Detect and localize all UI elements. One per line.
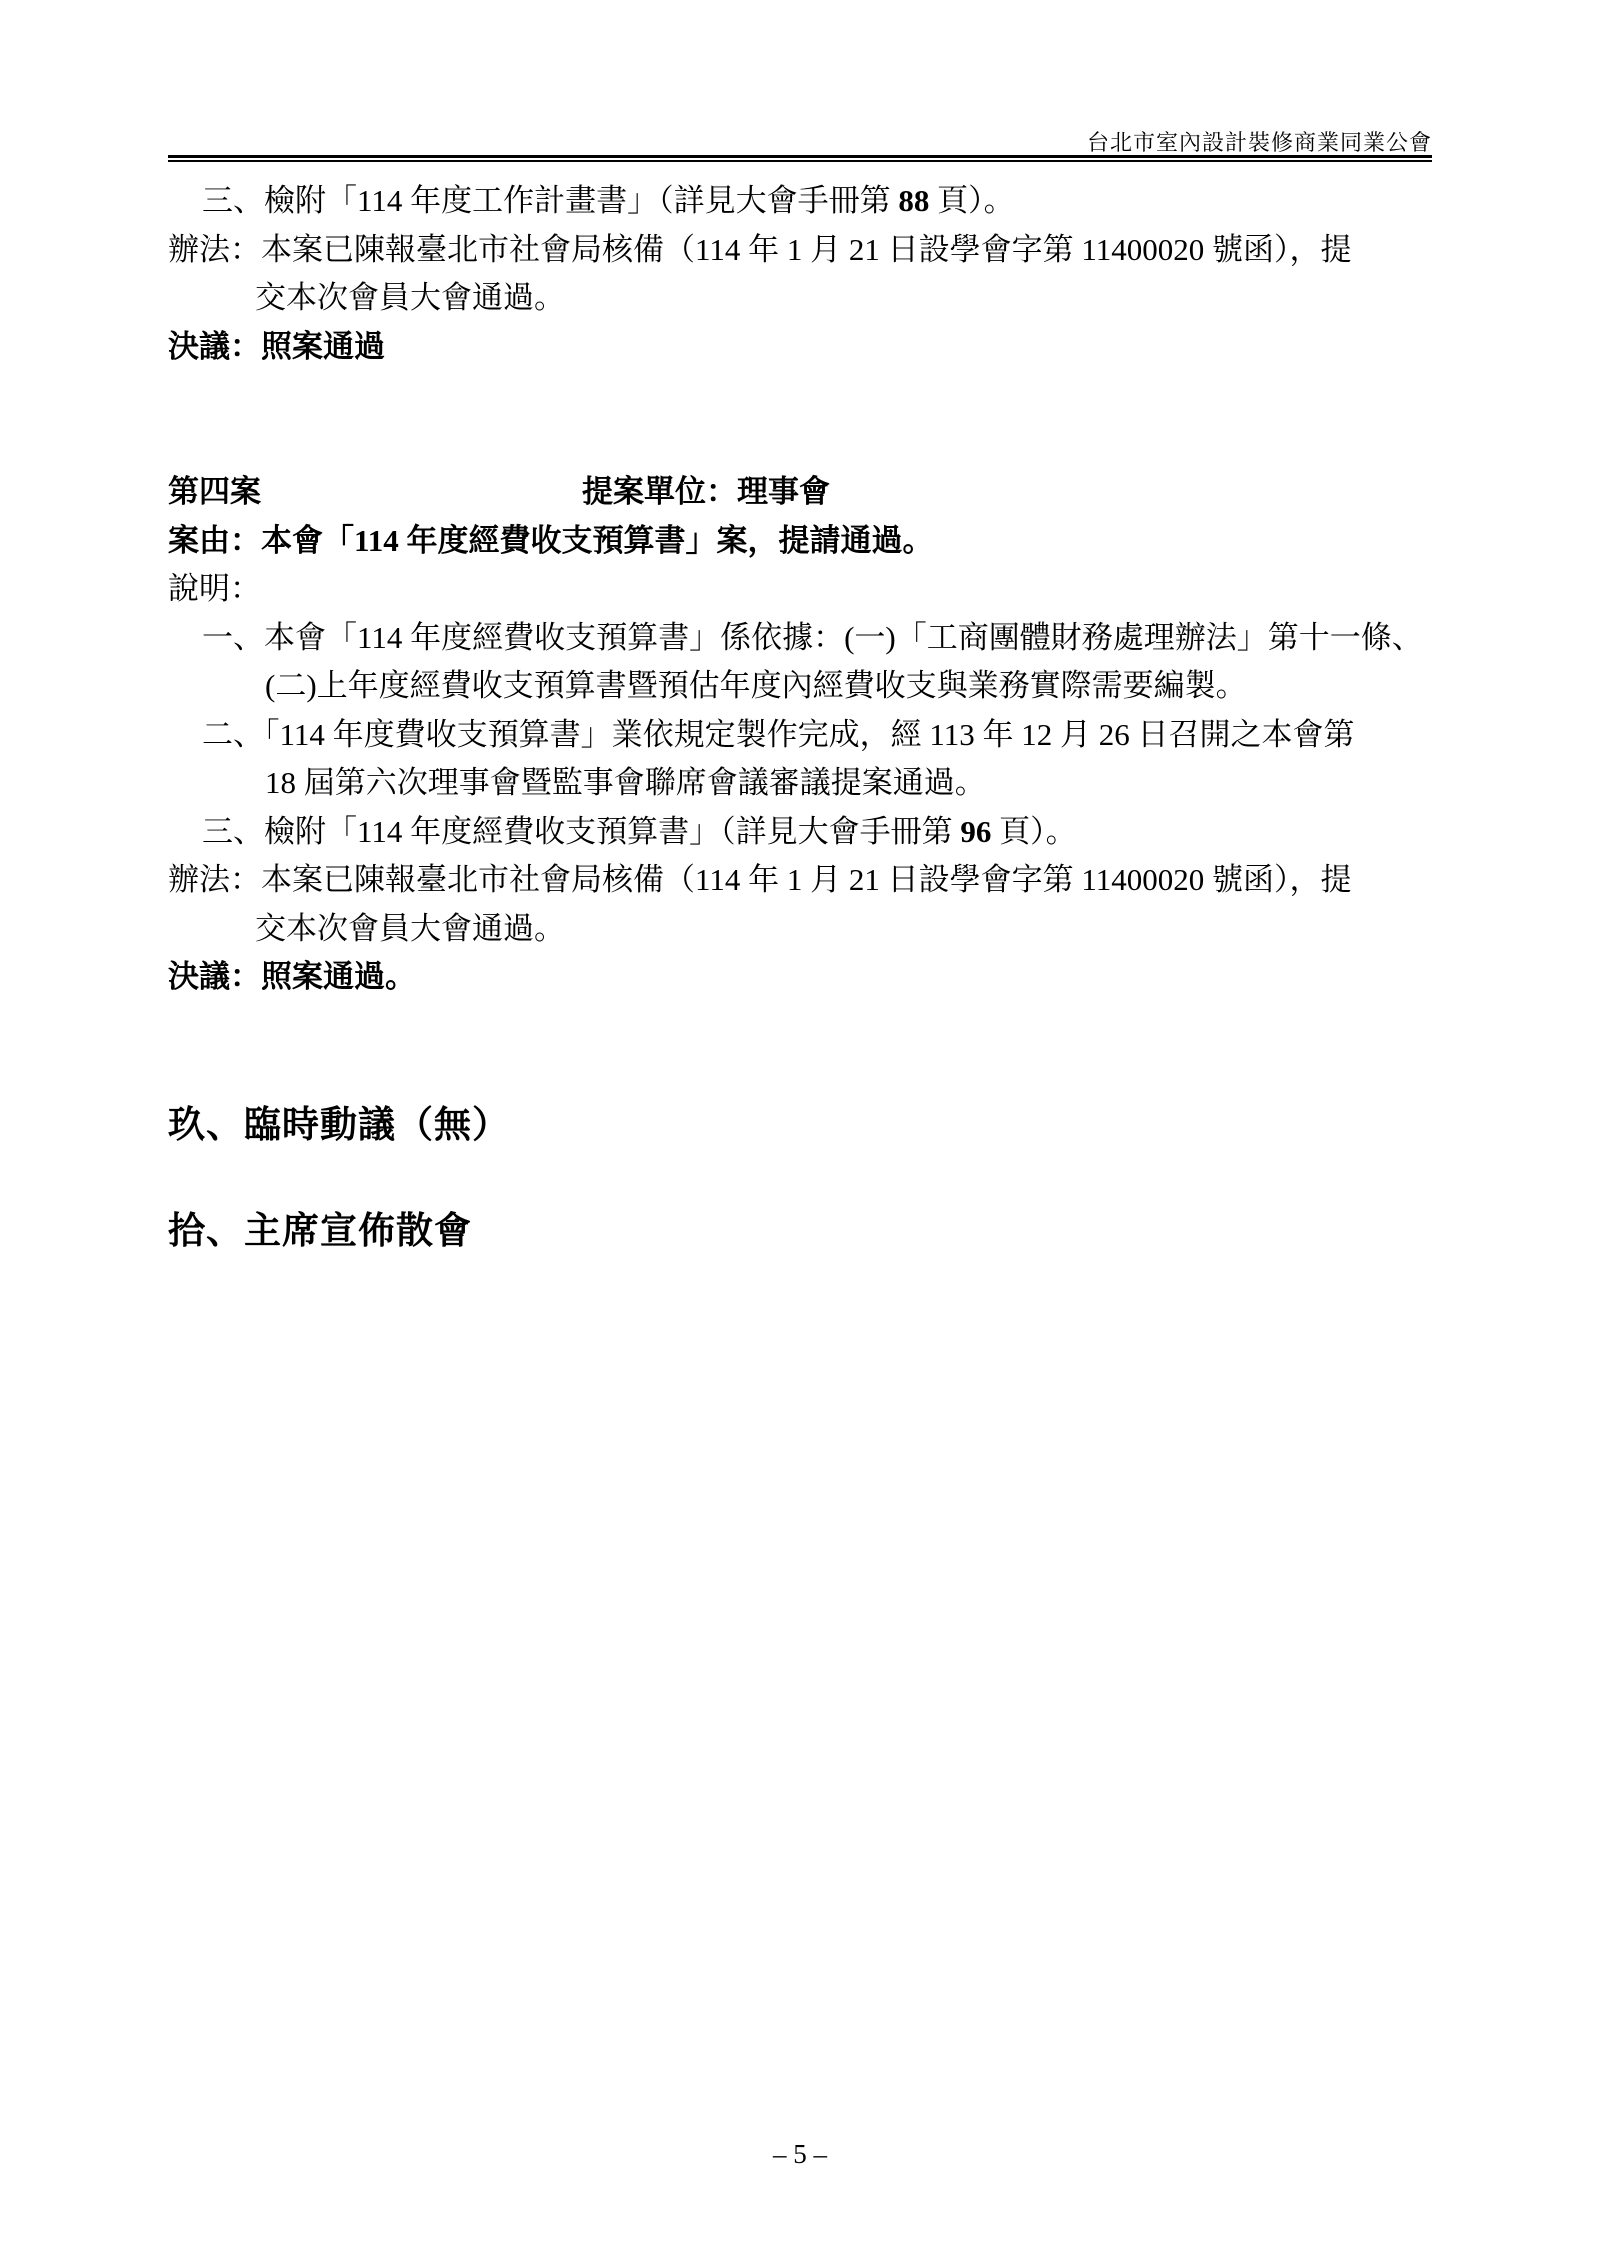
blank-line bbox=[168, 420, 1432, 469]
text-segment: 二、「114 年度費收支預算書」業依規定製作完成，經 113 年 12 月 26… bbox=[202, 717, 1354, 752]
doc-line: 決議：照案通過 bbox=[168, 323, 1432, 372]
text-segment: 辦法：本案已陳報臺北市社會局核備（114 年 1 月 21 日設學會字第 114… bbox=[168, 862, 1351, 897]
text-segment: 玖、臨時動議（無） bbox=[168, 1105, 510, 1146]
case-title-line: 第四案提案單位：理事會 bbox=[168, 468, 1432, 517]
blank-line bbox=[168, 1050, 1432, 1099]
document-body: 三、檢附「114 年度工作計畫書」（詳見大會手冊第 88 頁）。辦法：本案已陳報… bbox=[168, 177, 1432, 1258]
doc-line: 辦法：本案已陳報臺北市社會局核備（114 年 1 月 21 日設學會字第 114… bbox=[168, 856, 1432, 905]
text-segment: 三、檢附「114 年度工作計畫書」（詳見大會手冊第 bbox=[202, 183, 898, 218]
page-number: – 5 – bbox=[773, 2139, 827, 2169]
text-segment: 頁）。 bbox=[991, 814, 1076, 849]
text-segment: 案由：本會「114 年度經費收支預算書」案，提請通過。 bbox=[168, 523, 934, 558]
blank-line bbox=[168, 371, 1432, 420]
doc-line: 一、本會「114 年度經費收支預算書」係依據：(一)「工商團體財務處理辦法」第十… bbox=[168, 614, 1432, 663]
doc-line: 交本次會員大會通過。 bbox=[168, 905, 1432, 954]
doc-line: 案由：本會「114 年度經費收支預算書」案，提請通過。 bbox=[168, 517, 1432, 566]
doc-line: 交本次會員大會通過。 bbox=[168, 274, 1432, 323]
text-segment: 頁）。 bbox=[929, 183, 1014, 218]
header-double-rule bbox=[168, 155, 1432, 162]
text-segment: 交本次會員大會通過。 bbox=[255, 280, 565, 315]
text-segment: 決議：照案通過。 bbox=[168, 959, 416, 994]
text-segment: 拾、主席宣佈散會 bbox=[168, 1211, 472, 1252]
text-segment: 交本次會員大會通過。 bbox=[255, 911, 565, 946]
text-segment: 說明： bbox=[168, 571, 261, 606]
header-org-name: 台北市室內設計裝修商業同業公會 bbox=[168, 131, 1432, 154]
text-segment: 辦法：本案已陳報臺北市社會局核備（114 年 1 月 21 日設學會字第 114… bbox=[168, 232, 1351, 267]
doc-line: 二、「114 年度費收支預算書」業依規定製作完成，經 113 年 12 月 26… bbox=[168, 711, 1432, 760]
document-page: 台北市室內設計裝修商業同業公會 三、檢附「114 年度工作計畫書」（詳見大會手冊… bbox=[0, 0, 1600, 2263]
text-segment: 三、檢附「114 年度經費收支預算書」（詳見大會手冊第 bbox=[202, 814, 960, 849]
page-footer: – 5 – bbox=[0, 2138, 1600, 2170]
section-heading: 玖、臨時動議（無） bbox=[168, 1099, 1432, 1152]
section-heading: 拾、主席宣佈散會 bbox=[168, 1205, 1432, 1258]
doc-line: 說明： bbox=[168, 565, 1432, 614]
blank-line bbox=[168, 1152, 1432, 1205]
text-segment: 一、本會「114 年度經費收支預算書」係依據：(一)「工商團體財務處理辦法」第十… bbox=[202, 620, 1423, 655]
doc-line: 三、檢附「114 年度工作計畫書」（詳見大會手冊第 88 頁）。 bbox=[168, 177, 1432, 226]
doc-line: 決議：照案通過。 bbox=[168, 953, 1432, 1002]
doc-line: 三、檢附「114 年度經費收支預算書」（詳見大會手冊第 96 頁）。 bbox=[168, 808, 1432, 857]
page-header: 台北市室內設計裝修商業同業公會 bbox=[168, 131, 1432, 162]
text-segment: 88 bbox=[898, 183, 929, 218]
text-segment: 決議：照案通過 bbox=[168, 329, 385, 364]
doc-line: 18 屆第六次理事會暨監事會聯席會議審議提案通過。 bbox=[168, 759, 1432, 808]
text-segment: (二)上年度經費收支預算書暨預估年度內經費收支與業務實際需要編製。 bbox=[265, 668, 1247, 703]
text-segment: 18 屆第六次理事會暨監事會聯席會議審議提案通過。 bbox=[265, 765, 986, 800]
proposer-unit: 提案單位：理事會 bbox=[582, 474, 830, 509]
case-number: 第四案 bbox=[168, 474, 261, 509]
text-segment: 96 bbox=[960, 814, 991, 849]
blank-line bbox=[168, 1002, 1432, 1051]
doc-line: 辦法：本案已陳報臺北市社會局核備（114 年 1 月 21 日設學會字第 114… bbox=[168, 226, 1432, 275]
doc-line: (二)上年度經費收支預算書暨預估年度內經費收支與業務實際需要編製。 bbox=[168, 662, 1432, 711]
